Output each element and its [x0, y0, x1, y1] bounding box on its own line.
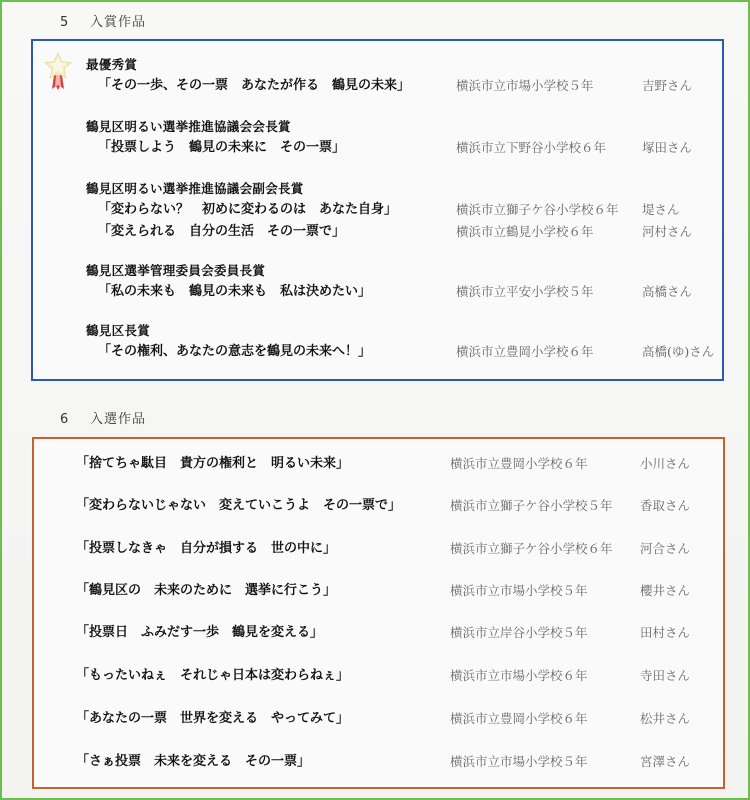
entry-name: 松井さん — [640, 708, 690, 730]
entry-school: 横浜市立獅子ケ谷小学校５年 — [450, 495, 613, 517]
entry-school: 横浜市立鶴見小学校６年 — [456, 221, 594, 243]
selected-entry: 「もったいねぇ それじゃ日本は変わらねぇ」 横浜市立市場小学校６年 寺田さん — [76, 665, 716, 687]
entry-slogan: 「変えられる 自分の生活 その一票で」 — [98, 221, 345, 243]
entry-slogan: 「その権利、あなたの意志を鶴見の未来へ！」 — [98, 341, 371, 363]
entry-slogan: 「投票しよう 鶴見の未来に その一票」 — [98, 137, 345, 159]
award-grand-prize: 最優秀賞 「その一歩、その一票 あなたが作る 鶴見の未来」 横浜市立市場小学校５… — [86, 55, 137, 97]
star-ribbon-icon — [43, 51, 73, 93]
entry-slogan: 「投票日 ふみだす一歩 鶴見を変える」 — [76, 622, 323, 644]
selected-entry: 「捨てちゃ駄目 貴方の権利と 明るい未来」 横浜市立豊岡小学校６年 小川さん — [76, 453, 716, 475]
entry-school: 横浜市立市場小学校５年 — [450, 751, 588, 773]
award-section-number: 5 — [60, 15, 90, 30]
entry-slogan: 「さぁ投票 未来を変える その一票」 — [76, 751, 310, 773]
entry-slogan: 「鶴見区の 未来のために 選挙に行こう」 — [76, 580, 336, 602]
award-council-chair: 鶴見区明るい選挙推進協議会会長賞 「投票しよう 鶴見の未来に その一票」 横浜市… — [86, 117, 291, 159]
award-section-title: 入賞作品 — [90, 15, 146, 30]
selected-entry: 「投票日 ふみだす一歩 鶴見を変える」 横浜市立岸谷小学校５年 田村さん — [76, 622, 716, 644]
entry-name: 吉野さん — [642, 75, 692, 97]
award-title: 鶴見区明るい選挙推進協議会副会長賞 — [86, 179, 304, 199]
entry-slogan: 「変わらないじゃない 変えていこうよ その一票で」 — [76, 495, 401, 517]
selected-entry: 「変わらないじゃない 変えていこうよ その一票で」 横浜市立獅子ケ谷小学校５年 … — [76, 495, 716, 517]
entry-name: 櫻井さん — [640, 580, 690, 602]
entry-slogan: 「変わらない？ 初めに変わるのは あなた自身」 — [98, 199, 397, 221]
award-box: 最優秀賞 「その一歩、その一票 あなたが作る 鶴見の未来」 横浜市立市場小学校５… — [31, 39, 724, 381]
selected-entry: 「鶴見区の 未来のために 選挙に行こう」 横浜市立市場小学校５年 櫻井さん — [76, 580, 716, 602]
page-frame: 5入賞作品 最優秀賞 「その一歩、その一票 あなたが作る 鶴見の未来」 横浜市立… — [0, 0, 750, 800]
award-entry: 「私の未来も 鶴見の未来も 私は決めたい」 横浜市立平安小学校５年 高橋さん — [86, 281, 265, 303]
selected-section-heading: 6入選作品 — [60, 408, 146, 427]
selected-section-number: 6 — [60, 412, 90, 427]
award-entry: 「投票しよう 鶴見の未来に その一票」 横浜市立下野谷小学校６年 塚田さん — [86, 137, 291, 159]
entry-school: 横浜市立岸谷小学校５年 — [450, 622, 588, 644]
entry-name: 小川さん — [640, 453, 690, 475]
entry-name: 田村さん — [640, 622, 690, 644]
entry-school: 横浜市立市場小学校６年 — [450, 665, 588, 687]
entry-slogan: 「あなたの一票 世界を変える やってみて」 — [76, 708, 349, 730]
award-title: 鶴見区選挙管理委員会委員長賞 — [86, 261, 265, 281]
award-title: 鶴見区明るい選挙推進協議会会長賞 — [86, 117, 291, 137]
entry-name: 宮澤さん — [640, 751, 690, 773]
entry-name: 河合さん — [640, 538, 690, 560]
entry-name: 塚田さん — [642, 137, 692, 159]
entry-slogan: 「投票しなきゃ 自分が損する 世の中に」 — [76, 538, 336, 560]
entry-slogan: 「もったいねぇ それじゃ日本は変わらねぇ」 — [76, 665, 349, 687]
entry-school: 横浜市立獅子ケ谷小学校６年 — [450, 538, 613, 560]
entry-school: 横浜市立豊岡小学校６年 — [456, 341, 594, 363]
award-election-commission-chair: 鶴見区選挙管理委員会委員長賞 「私の未来も 鶴見の未来も 私は決めたい」 横浜市… — [86, 261, 265, 303]
entry-name: 高橋さん — [642, 281, 692, 303]
award-title: 鶴見区長賞 — [86, 321, 150, 341]
award-title: 最優秀賞 — [86, 55, 137, 75]
entry-slogan: 「捨てちゃ駄目 貴方の権利と 明るい未来」 — [76, 453, 349, 475]
award-entry: 「その一歩、その一票 あなたが作る 鶴見の未来」 横浜市立市場小学校５年 吉野さ… — [86, 75, 137, 97]
entry-school: 横浜市立平安小学校５年 — [456, 281, 594, 303]
entry-school: 横浜市立下野谷小学校６年 — [456, 137, 606, 159]
selected-entry: 「投票しなきゃ 自分が損する 世の中に」 横浜市立獅子ケ谷小学校６年 河合さん — [76, 538, 716, 560]
selected-section-title: 入選作品 — [90, 412, 146, 427]
entry-school: 横浜市立豊岡小学校６年 — [450, 708, 588, 730]
award-section-heading: 5入賞作品 — [60, 11, 146, 30]
award-council-vice-chair: 鶴見区明るい選挙推進協議会副会長賞 「変わらない？ 初めに変わるのは あなた自身… — [86, 179, 304, 243]
selected-entry: 「さぁ投票 未来を変える その一票」 横浜市立市場小学校５年 宮澤さん — [76, 751, 716, 773]
entry-school: 横浜市立獅子ケ谷小学校６年 — [456, 199, 619, 221]
entry-name: 香取さん — [640, 495, 690, 517]
entry-name: 堤さん — [642, 199, 680, 221]
selected-entry: 「あなたの一票 世界を変える やってみて」 横浜市立豊岡小学校６年 松井さん — [76, 708, 716, 730]
award-entry: 「変えられる 自分の生活 その一票で」 横浜市立鶴見小学校６年 河村さん — [86, 221, 304, 243]
entry-school: 横浜市立市場小学校５年 — [456, 75, 594, 97]
entry-name: 高橋(ゆ)さん — [642, 341, 714, 363]
entry-school: 横浜市立豊岡小学校６年 — [450, 453, 588, 475]
award-entry: 「その権利、あなたの意志を鶴見の未来へ！」 横浜市立豊岡小学校６年 高橋(ゆ)さ… — [86, 341, 150, 363]
entry-name: 河村さん — [642, 221, 692, 243]
award-entry: 「変わらない？ 初めに変わるのは あなた自身」 横浜市立獅子ケ谷小学校６年 堤さ… — [86, 199, 304, 221]
entry-slogan: 「私の未来も 鶴見の未来も 私は決めたい」 — [98, 281, 371, 303]
award-ward-mayor: 鶴見区長賞 「その権利、あなたの意志を鶴見の未来へ！」 横浜市立豊岡小学校６年 … — [86, 321, 150, 363]
entry-slogan: 「その一歩、その一票 あなたが作る 鶴見の未来」 — [98, 75, 410, 97]
selected-box: 「捨てちゃ駄目 貴方の権利と 明るい未来」 横浜市立豊岡小学校６年 小川さん 「… — [32, 437, 725, 789]
entry-name: 寺田さん — [640, 665, 690, 687]
entry-school: 横浜市立市場小学校５年 — [450, 580, 588, 602]
